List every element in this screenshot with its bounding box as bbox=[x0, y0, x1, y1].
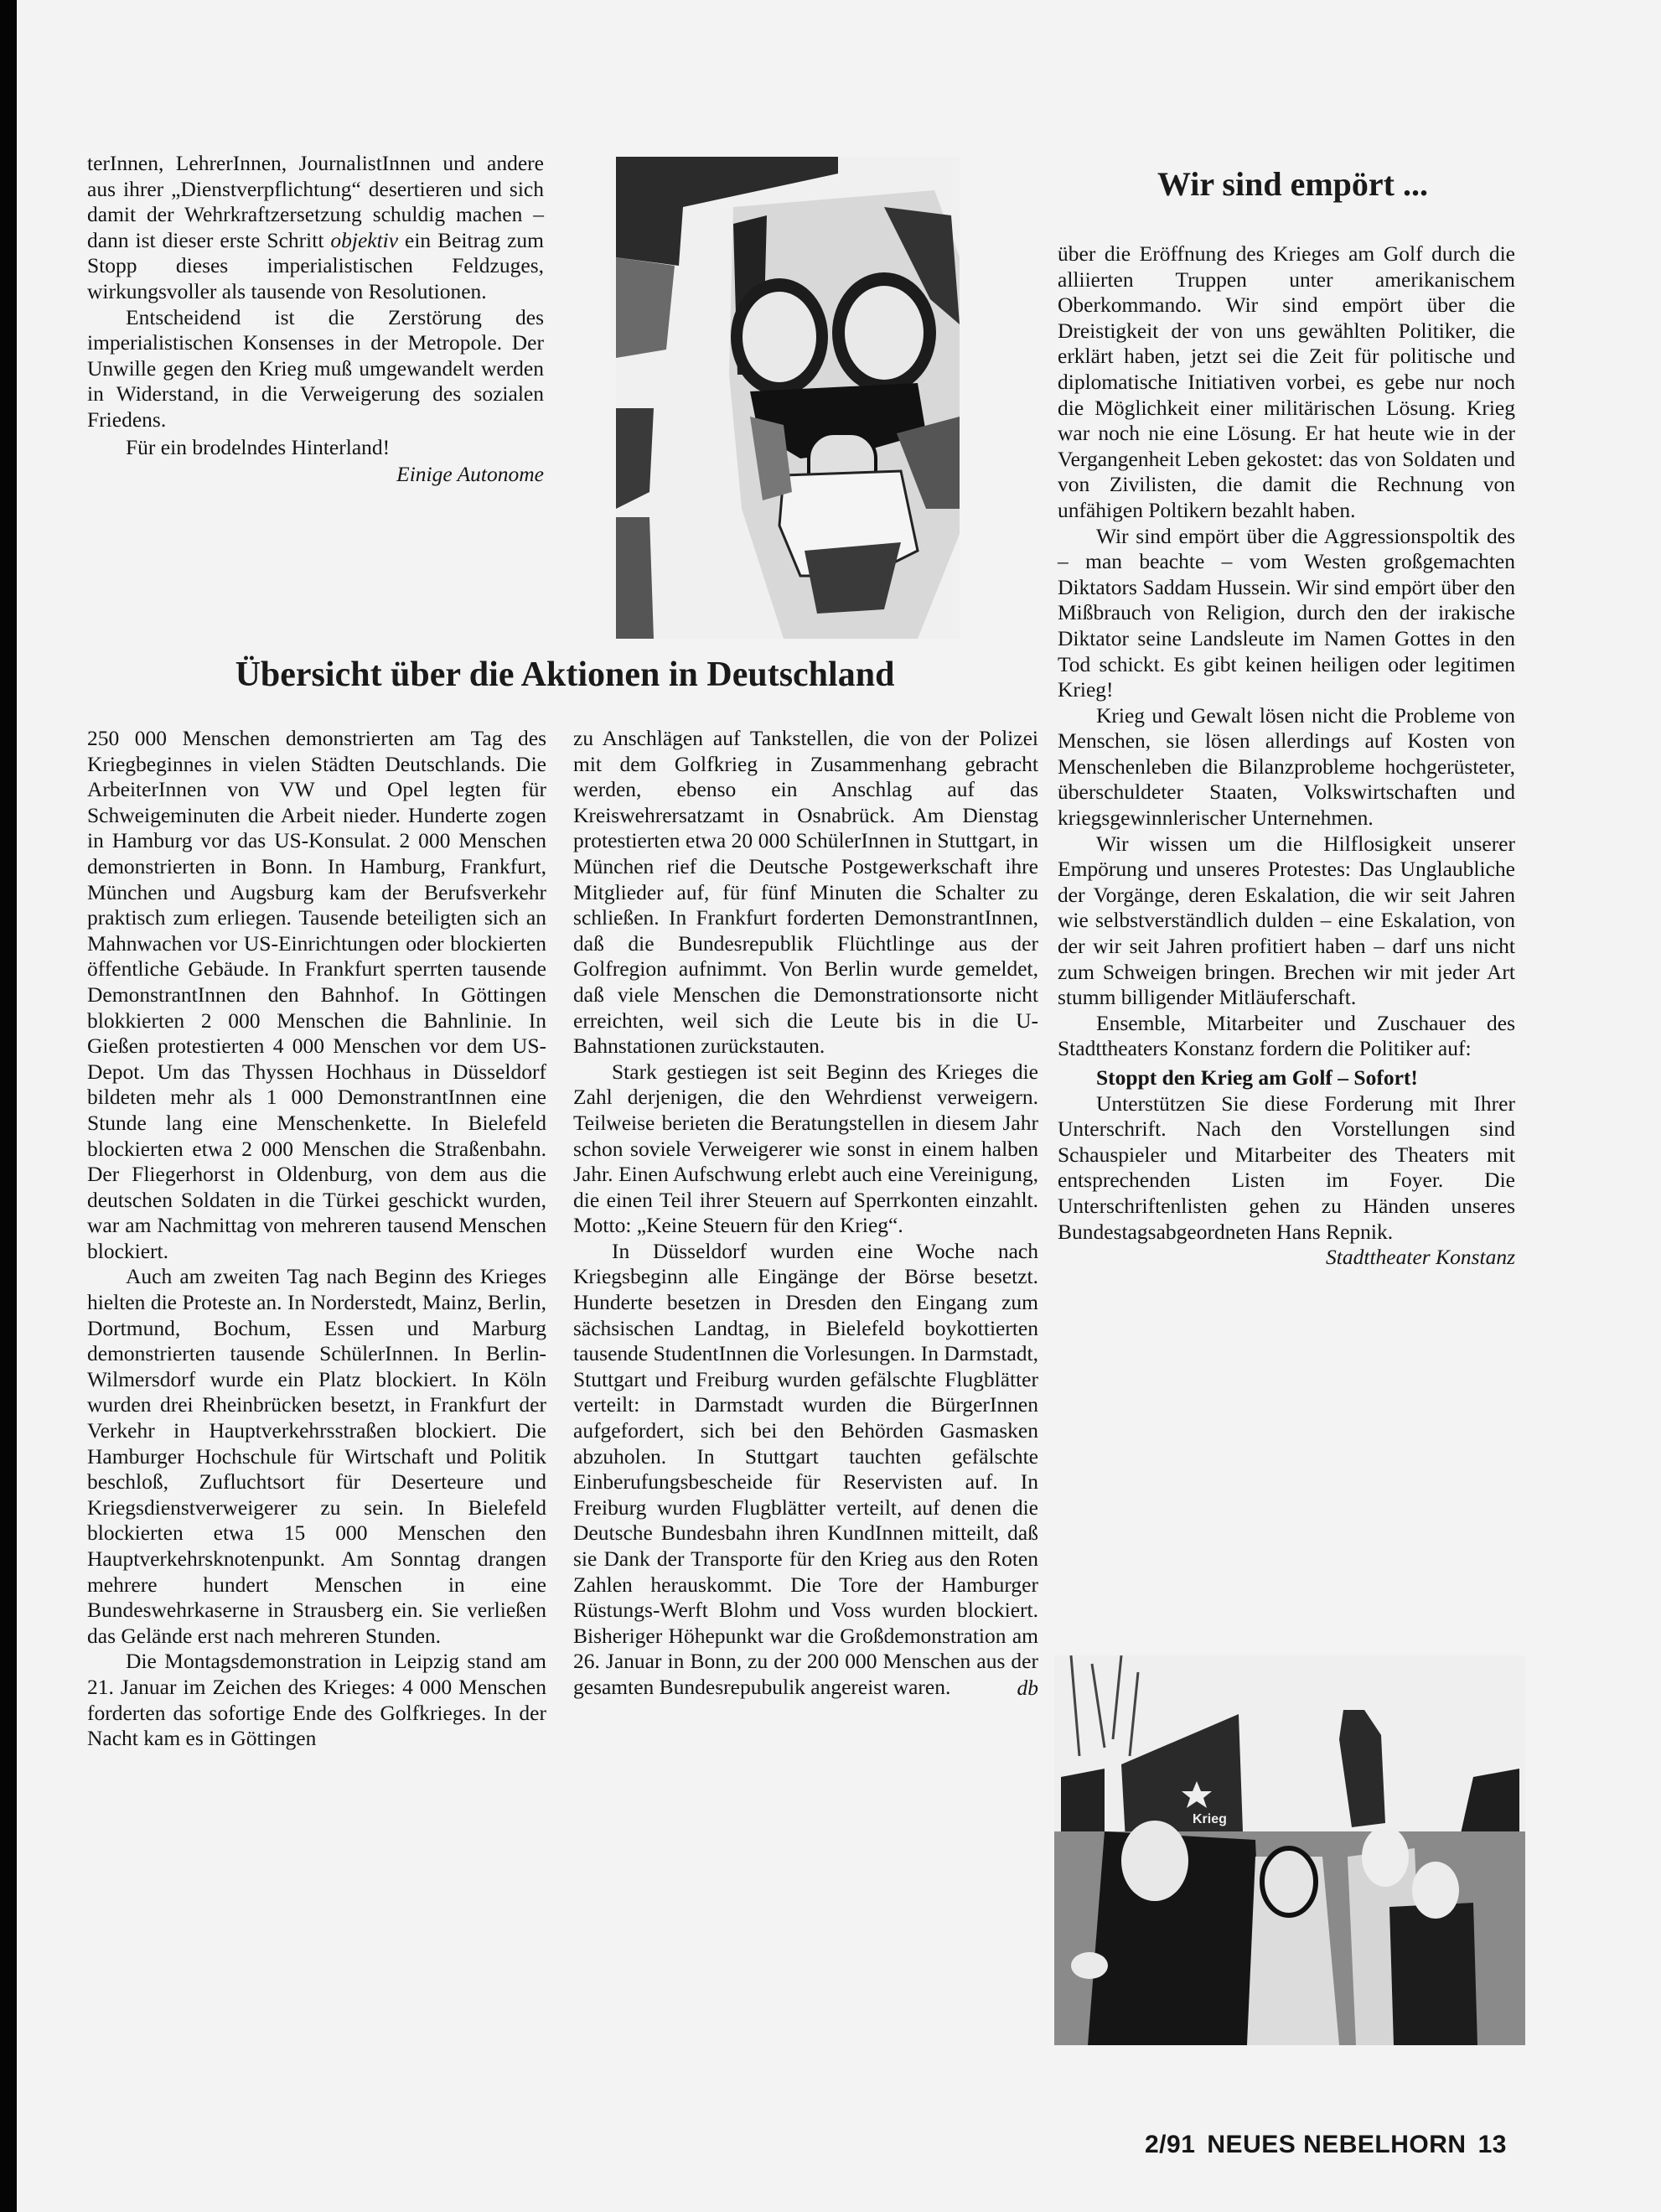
overview-paragraph: zu Anschlägen auf Tankstellen, die von d… bbox=[573, 726, 1038, 1059]
gasmask-photo-image bbox=[616, 157, 960, 639]
overview-paragraph: 250 000 Menschen demonstrierten am Tag d… bbox=[87, 726, 546, 1264]
intro-paragraph-1: terInnen, LehrerInnen, JournalistInnen u… bbox=[87, 151, 544, 305]
protest-paragraph: Wir wissen um die Hilflosigkeit unserer … bbox=[1058, 831, 1515, 1011]
overview-column-1: 250 000 Menschen demonstrierten am Tag d… bbox=[87, 726, 546, 1752]
protest-paragraph: Wir sind empört über die Aggressionspolt… bbox=[1058, 524, 1515, 703]
scan-edge bbox=[0, 0, 17, 2212]
page-footer: 2/91NEUES NEBELHORN13 bbox=[1145, 2131, 1519, 2159]
gasmask-photo bbox=[616, 157, 960, 639]
overview-column-2: zu Anschlägen auf Tankstellen, die von d… bbox=[573, 726, 1038, 1701]
overview-title: Übersicht über die Aktionen in Deutschla… bbox=[87, 652, 1043, 697]
intro-paragraph-3: Für ein brodelndes Hinterland! bbox=[87, 435, 544, 461]
intro-signature: Einige Autonome bbox=[87, 462, 544, 488]
protest-closing: Unterstützen Sie diese Forderung mit Ihr… bbox=[1058, 1091, 1515, 1246]
emphasis-word: objektiv bbox=[330, 228, 398, 252]
overview-paragraph: Die Montagsdemonstration in Leipzig stan… bbox=[87, 1649, 546, 1751]
protest-paragraph: Krieg und Gewalt lösen nicht die Problem… bbox=[1058, 703, 1515, 831]
publication-name: NEUES NEBELHORN bbox=[1207, 2131, 1466, 2158]
protest-title: Wir sind empört ... bbox=[1056, 163, 1529, 205]
protest-paragraph: Ensemble, Mitarbeiter und Zuschauer des … bbox=[1058, 1011, 1515, 1062]
intro-paragraph-2: Entscheidend ist die Zerstörung des impe… bbox=[87, 305, 544, 433]
protest-column: über die Eröffnung des Krieges am Golf d… bbox=[1058, 241, 1515, 1271]
intro-article: terInnen, LehrerInnen, JournalistInnen u… bbox=[87, 151, 544, 488]
issue-number: 2/91 bbox=[1145, 2131, 1195, 2158]
protest-paragraph: über die Eröffnung des Krieges am Golf d… bbox=[1058, 241, 1515, 524]
banner-text: Krieg bbox=[1193, 1812, 1227, 1826]
overview-paragraph: Stark gestiegen ist seit Beginn des Krie… bbox=[573, 1059, 1038, 1239]
demonstration-photo-image: Krieg bbox=[1054, 1655, 1525, 2045]
overview-paragraph: Auch am zweiten Tag nach Beginn des Krie… bbox=[87, 1264, 546, 1649]
protest-signature: Stadttheater Konstanz bbox=[1058, 1245, 1515, 1271]
page-number: 13 bbox=[1478, 2131, 1507, 2158]
overview-paragraph: In Düsseldorf wurden eine Woche nach Kri… bbox=[573, 1239, 1038, 1701]
protest-demand: Stoppt den Krieg am Golf – Sofort! bbox=[1058, 1065, 1515, 1091]
demonstration-photo: Krieg bbox=[1054, 1655, 1525, 2045]
